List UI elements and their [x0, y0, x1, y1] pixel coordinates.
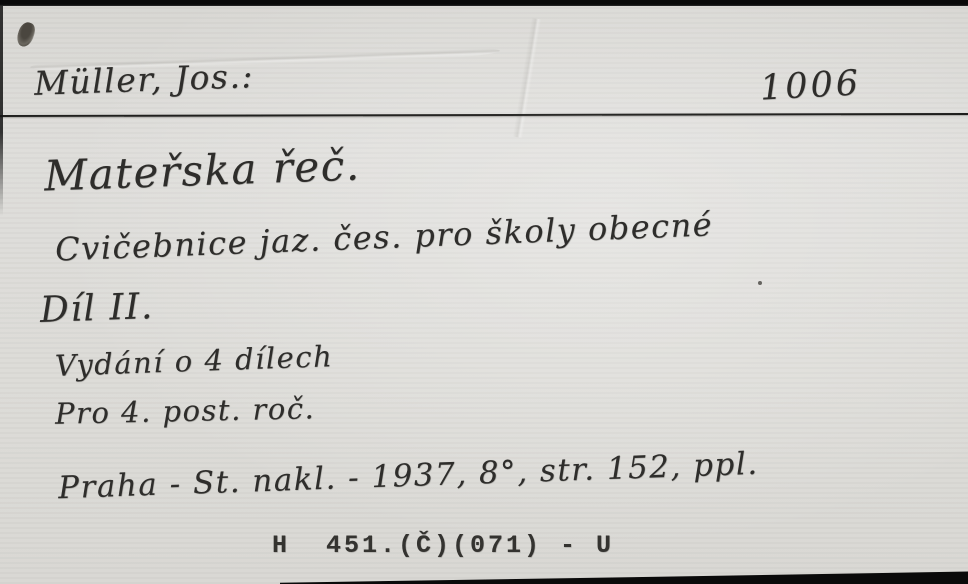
subtitle: Cvičebnice jaz. čes. pro školy obecné	[55, 205, 714, 268]
paper-speck	[758, 281, 762, 285]
scan-edge-bottom	[280, 568, 968, 584]
catalog-card-scan: Müller, Jos.: 1006 Mateřska řeč. Cvičebn…	[0, 0, 968, 584]
scan-edge-top	[0, 0, 968, 6]
imprint-line: Praha - St. nakl. - 1937, 8°, str. 152, …	[58, 446, 760, 506]
title: Mateřska řeč.	[43, 140, 361, 200]
author-heading: Müller, Jos.:	[33, 56, 254, 103]
edition-note: Vydání o 4 dílech	[54, 339, 333, 383]
ink-blot-mark	[15, 20, 38, 49]
call-number: H 451.(Č)(071) - U	[272, 531, 614, 560]
card-number: 1006	[759, 63, 862, 108]
volume-note: Díl II.	[39, 286, 154, 331]
scan-edge-left	[0, 6, 3, 216]
grade-note: Pro 4. post. roč.	[55, 391, 316, 430]
paper-crease	[513, 18, 542, 138]
header-rule	[0, 113, 968, 117]
